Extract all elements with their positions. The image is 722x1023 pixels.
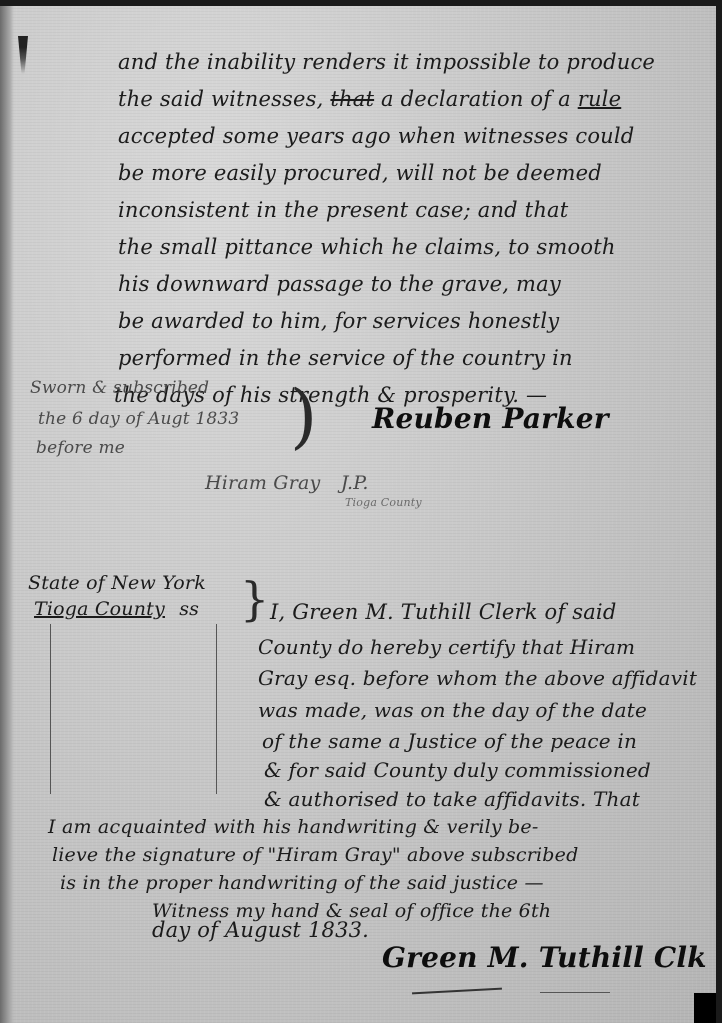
certificate-line: I, Green M. Tuthill Clerk of said	[270, 600, 617, 624]
affidavit-line: his downward passage to the grave, may	[118, 272, 561, 296]
venue-state: State of New York	[28, 572, 206, 594]
jurat-brace-icon: )	[290, 376, 317, 456]
affidavit-line: inconsistent in the present case; and th…	[118, 198, 568, 222]
certificate-line: was made, was on the day of the date	[258, 698, 647, 722]
justice-title: J.P.	[341, 472, 369, 494]
affiant-signature-text: Reuben Parker	[372, 402, 609, 435]
document-page: and the inability renders it impossible …	[0, 6, 716, 1023]
struck-word: that	[330, 87, 374, 111]
pin-mark-icon	[18, 36, 28, 74]
jurat-line: Sworn & subscribed	[30, 378, 209, 398]
jurat-line: before me	[36, 438, 125, 458]
clerk-signature: Green M. Tuthill Clk	[382, 941, 707, 974]
venue-ss: ss	[179, 598, 199, 620]
margin-rule	[50, 624, 51, 794]
margin-rule	[216, 624, 217, 794]
venue-county: Tioga County ss	[34, 598, 199, 620]
affidavit-line: be more easily procured, will not be dee…	[118, 161, 602, 185]
page-edge-shadow	[0, 6, 14, 1023]
signature-flourish	[540, 992, 610, 993]
affidavit-line-part: the said witnesses,	[118, 87, 330, 111]
certificate-line: I am acquainted with his handwriting & v…	[48, 816, 538, 838]
certificate-line: is in the proper handwriting of the said…	[60, 872, 544, 894]
affidavit-line: performed in the service of the country …	[118, 346, 573, 370]
venue-county-name: Tioga County	[34, 598, 165, 620]
justice-name: Hiram Gray	[205, 472, 320, 494]
affidavit-line: and the inability renders it impossible …	[118, 50, 655, 74]
certificate-line: day of August 1833.	[152, 918, 369, 942]
certificate-line: & for said County duly commissioned	[264, 758, 651, 782]
certificate-line: County do hereby certify that Hiram	[258, 635, 635, 659]
affidavit-line: the small pittance which he claims, to s…	[118, 235, 616, 259]
certificate-line: of the same a Justice of the peace in	[262, 729, 637, 753]
affidavit-line: the said witnesses, that a declaration o…	[118, 87, 621, 111]
scan-corner	[694, 993, 716, 1023]
justice-subtitle: Tioga County	[345, 496, 422, 509]
affidavit-line: accepted some years ago when witnesses c…	[118, 124, 634, 148]
affidavit-line: be awarded to him, for services honestly	[118, 309, 559, 333]
justice-signature: Hiram Gray J.P.	[205, 472, 369, 494]
affidavit-line-part: a declaration of a	[374, 87, 578, 111]
jurat-line: the 6 day of Augt 1833	[38, 409, 239, 429]
certificate-line: Gray esq. before whom the above affidavi…	[258, 666, 697, 690]
certificate-line: lieve the signature of "Hiram Gray" abov…	[52, 844, 578, 866]
underlined-word: rule	[578, 87, 622, 111]
certificate-line: & authorised to take affidavits. That	[264, 787, 640, 811]
signature-flourish	[412, 988, 502, 995]
venue-brace-icon: }	[240, 574, 269, 624]
